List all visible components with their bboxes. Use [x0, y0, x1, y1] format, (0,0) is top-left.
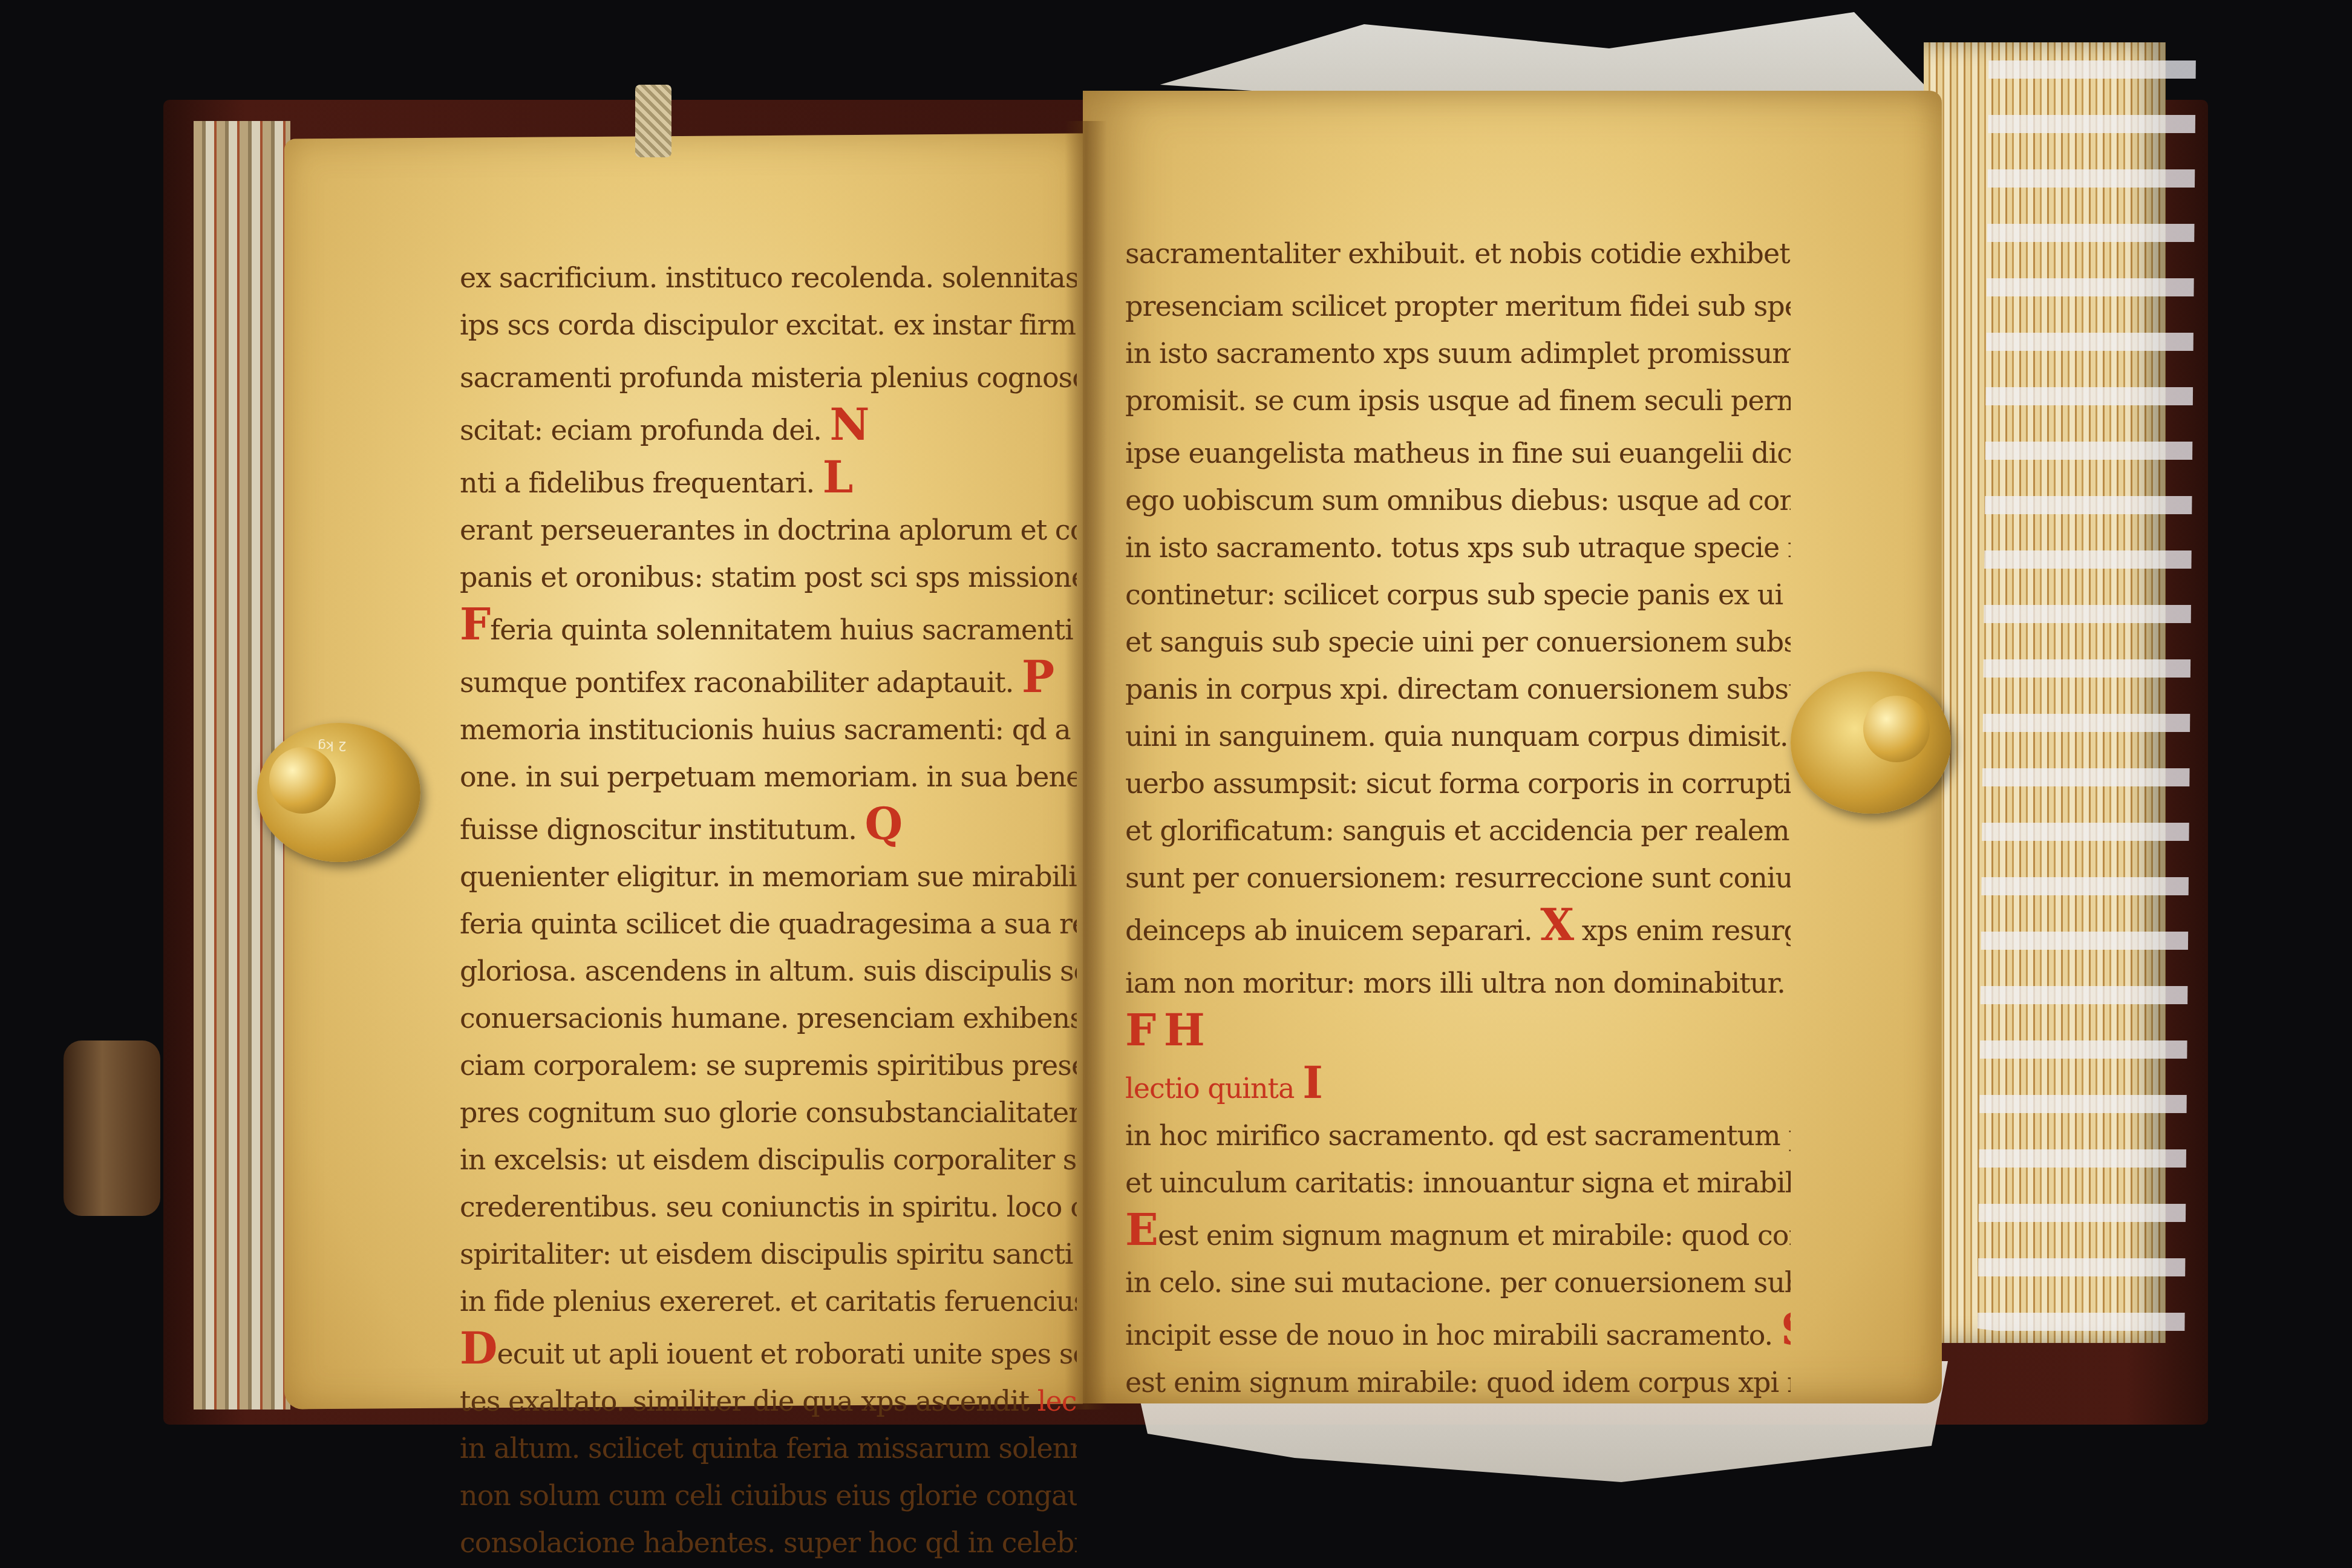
red-initial: D — [460, 1325, 497, 1374]
weight-knob — [269, 747, 336, 814]
red-initial: H — [1164, 1007, 1204, 1056]
text-line: feria quinta scilicet die quadragesima a… — [460, 900, 1077, 947]
red-initial: P — [1022, 653, 1054, 702]
text-line: ips scs corda discipulor excitat. ex ins… — [460, 301, 1077, 348]
text-line: ex sacrificium. instituco recolenda. sol… — [460, 254, 1077, 301]
text-line: fuisse dignoscitur institutum. Q — [460, 800, 1077, 853]
text-line: ego uobiscum sum omnibus diebus: usque a… — [1125, 477, 1791, 524]
text-line: ciam corporalem: se supremis spiritibus … — [460, 1042, 1077, 1089]
text-line: uerbo assumpsit: sicut forma corporis in… — [1125, 760, 1791, 807]
text-line: memoria institucionis huius sacramenti: … — [460, 706, 1077, 753]
text-line: in hoc mirifico sacramento. qd est sacra… — [1125, 1112, 1791, 1159]
text-line: F H — [1125, 1007, 1791, 1059]
text-line: non solum cum celi ciuibus eius glorie c… — [460, 1472, 1077, 1519]
text-line: in excelsis: ut eisdem discipulis corpor… — [460, 1136, 1077, 1183]
text-line: et uinculum caritatis: innouantur signa … — [1125, 1159, 1791, 1206]
text-line: est enim signum mirabile: quod idem corp… — [1125, 1359, 1791, 1406]
text-line: presenciam scilicet propter meritum fide… — [1125, 277, 1791, 330]
text-line: ipse euangelista matheus in fine sui eua… — [1125, 424, 1791, 477]
text-line: uini in sanguinem. quia nunquam corpus d… — [1125, 713, 1791, 760]
red-initial: F — [460, 601, 490, 650]
text-line: nti a fidelibus frequentari. L — [460, 454, 1077, 506]
rubric: lectio quinta — [1125, 1072, 1295, 1105]
red-initial: S — [1781, 1306, 1791, 1355]
text-line: lectio quinta I — [1125, 1059, 1791, 1112]
text-line: sunt per conuersionem: resurreccione sun… — [1125, 854, 1791, 901]
text-line: incipit esse de nouo in hoc mirabili sac… — [1125, 1306, 1791, 1359]
text-line: panis in corpus xpi. directam conuersion… — [1125, 665, 1791, 713]
brass-weight-right — [1791, 671, 1951, 814]
red-initial: L — [823, 454, 853, 503]
red-initial: N — [830, 401, 869, 450]
text-line: crederentibus. seu coniunctis in spiritu… — [460, 1183, 1077, 1230]
text-line: Decuit ut apli iouent et roborati unite … — [460, 1325, 1077, 1377]
text-line: deinceps ab inuicem separari. X xps enim… — [1125, 901, 1791, 954]
text-line: promisit. se cum ipsis usque ad finem se… — [1125, 377, 1791, 424]
text-line: spiritaliter: ut eisdem discipulis spiri… — [460, 1230, 1077, 1278]
text-line: sumque pontifex raconabiliter adaptauit.… — [460, 653, 1077, 706]
weight-label: 2 kg — [318, 738, 347, 753]
red-initial: F — [1125, 1007, 1155, 1056]
text-line: et sanguis sub specie uini per conuersio… — [1125, 618, 1791, 665]
text-line: in celo. sine sui mutacione. per conuers… — [1125, 1259, 1791, 1306]
text-line: pres cognitum suo glorie consubstanciali… — [460, 1089, 1077, 1136]
text-line: in isto sacramento. totus xps sub utraqu… — [1125, 524, 1791, 571]
text-line: tes exaltato. similiter die qua xps asce… — [460, 1377, 1077, 1425]
text-line: et glorificatum: sanguis et accidencia p… — [1125, 807, 1791, 854]
red-initial: I — [1302, 1059, 1322, 1108]
leather-clasp — [64, 1040, 160, 1216]
bookmark-tassel — [635, 85, 671, 157]
text-line: erant perseuerantes in doctrina aplorum … — [460, 506, 1077, 554]
text-line: quenienter eligitur. in memoriam sue mir… — [460, 853, 1077, 900]
weight-knob — [1863, 696, 1930, 762]
text-line: one. in sui perpetuam memoriam. in sua b… — [460, 753, 1077, 800]
paper-bookmark-slips — [1966, 24, 2196, 1355]
text-line: sacramenti profunda misteria plenius cog… — [460, 348, 1077, 401]
text-line: in fide plenius exereret. et caritatis f… — [460, 1278, 1077, 1325]
brass-weight-left: 2 kg — [257, 723, 420, 862]
text-line: continetur: scilicet corpus sub specie p… — [1125, 571, 1791, 618]
left-page-text: ex sacrificium. instituco recolenda. sol… — [460, 254, 1077, 1566]
text-line: in altum. scilicet quinta feria missarum… — [460, 1425, 1077, 1472]
red-initial: X — [1540, 901, 1573, 950]
red-initial: E — [1125, 1206, 1158, 1255]
text-line: consolacione habentes. super hoc qd in c… — [460, 1519, 1077, 1566]
text-line: in isto sacramento xps suum adimplet pro… — [1125, 330, 1791, 377]
text-line: scitat: eciam profunda dei. N — [460, 401, 1077, 454]
text-line: sacramentaliter exhibuit. et nobis cotid… — [1125, 230, 1791, 277]
text-line: Eest enim signum magnum et mirabile: quo… — [1125, 1206, 1791, 1259]
text-line: iam non moritur: mors illi ultra non dom… — [1125, 954, 1791, 1007]
text-line: panis et oronibus: statim post sci sps m… — [460, 554, 1077, 601]
text-line: gloriosa. ascendens in altum. suis disci… — [460, 947, 1077, 995]
rubric: lectio tercia — [1037, 1385, 1077, 1417]
text-line: Fferia quinta solennitatem huius sacrame… — [460, 601, 1077, 653]
right-page-text: sacramentaliter exhibuit. et nobis cotid… — [1125, 230, 1791, 1406]
red-initial: Q — [864, 800, 902, 849]
text-line: conuersacionis humane. presenciam exhibe… — [460, 995, 1077, 1042]
